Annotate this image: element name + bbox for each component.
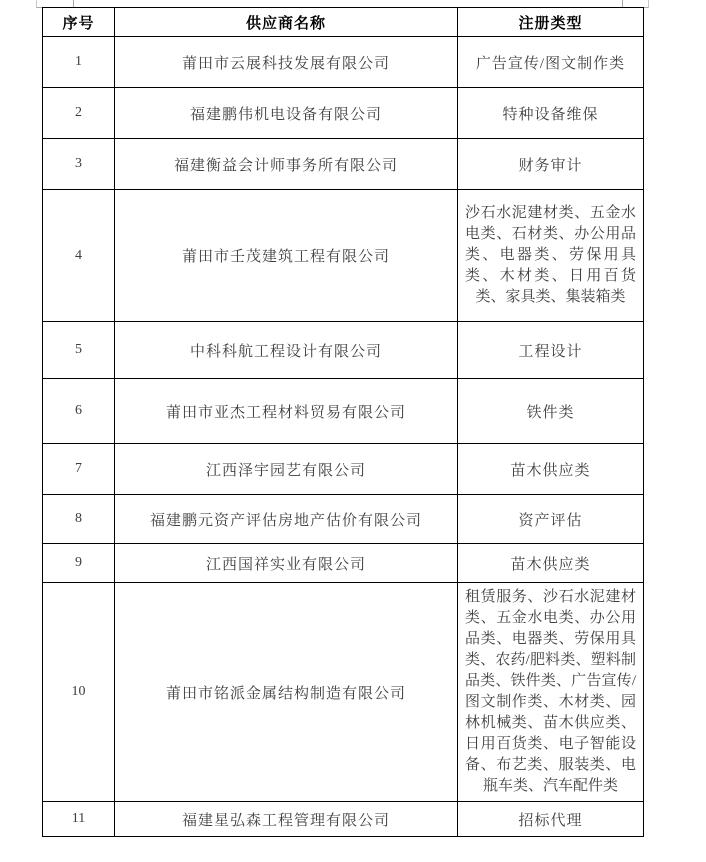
supplier-cell: 福建星弘森工程管理有限公司: [115, 802, 458, 837]
supplier-cell: 福建鹏伟机电设备有限公司: [115, 88, 458, 139]
table-row: 4 莆田市壬茂建筑工程有限公司 沙石水泥建材类、五金水电类、石材类、办公用品类、…: [43, 190, 644, 322]
document-page: { "colors": { "table_border": "#000000",…: [0, 0, 706, 862]
type-cell: 沙石水泥建材类、五金水电类、石材类、办公用品类、电器类、劳保用具类、木材类、日用…: [458, 190, 644, 322]
supplier-cell: 莆田市壬茂建筑工程有限公司: [115, 190, 458, 322]
supplier-table: 序号 供应商名称 注册类型 1 莆田市云展科技发展有限公司 广告宣传/图文制作类…: [42, 7, 644, 837]
type-cell: 工程设计: [458, 322, 644, 379]
index-cell: 9: [43, 544, 115, 583]
type-cell: 广告宣传/图文制作类: [458, 37, 644, 88]
type-cell: 苗木供应类: [458, 544, 644, 583]
col-header-type: 注册类型: [458, 8, 644, 37]
type-cell: 招标代理: [458, 802, 644, 837]
table-row: 11 福建星弘森工程管理有限公司 招标代理: [43, 802, 644, 837]
type-cell: 租赁服务、沙石水泥建材类、五金水电类、办公用品类、电器类、劳保用具类、农药/肥料…: [458, 583, 644, 802]
table-row: 8 福建鹏元资产评估房地产估价有限公司 资产评估: [43, 495, 644, 544]
index-cell: 7: [43, 444, 115, 495]
table-row: 1 莆田市云展科技发展有限公司 广告宣传/图文制作类: [43, 37, 644, 88]
type-cell: 铁件类: [458, 379, 644, 444]
table-row: 5 中科科航工程设计有限公司 工程设计: [43, 322, 644, 379]
index-cell: 10: [43, 583, 115, 802]
col-header-supplier: 供应商名称: [115, 8, 458, 37]
table-row: 7 江西泽宇园艺有限公司 苗木供应类: [43, 444, 644, 495]
table-row: 6 莆田市亚杰工程材料贸易有限公司 铁件类: [43, 379, 644, 444]
index-cell: 3: [43, 139, 115, 190]
table-row: 10 莆田市铭派金属结构制造有限公司 租赁服务、沙石水泥建材类、五金水电类、办公…: [43, 583, 644, 802]
table-row: 3 福建衡益会计师事务所有限公司 财务审计: [43, 139, 644, 190]
index-cell: 2: [43, 88, 115, 139]
index-cell: 11: [43, 802, 115, 837]
supplier-cell: 莆田市云展科技发展有限公司: [115, 37, 458, 88]
header-row: 序号 供应商名称 注册类型: [43, 8, 644, 37]
supplier-cell: 江西国祥实业有限公司: [115, 544, 458, 583]
supplier-cell: 莆田市亚杰工程材料贸易有限公司: [115, 379, 458, 444]
type-cell: 财务审计: [458, 139, 644, 190]
supplier-cell: 江西泽宇园艺有限公司: [115, 444, 458, 495]
supplier-cell: 中科科航工程设计有限公司: [115, 322, 458, 379]
index-cell: 1: [43, 37, 115, 88]
index-cell: 4: [43, 190, 115, 322]
supplier-cell: 福建衡益会计师事务所有限公司: [115, 139, 458, 190]
supplier-cell: 福建鹏元资产评估房地产估价有限公司: [115, 495, 458, 544]
type-cell: 资产评估: [458, 495, 644, 544]
type-cell: 特种设备维保: [458, 88, 644, 139]
supplier-cell: 莆田市铭派金属结构制造有限公司: [115, 583, 458, 802]
type-cell: 苗木供应类: [458, 444, 644, 495]
index-cell: 5: [43, 322, 115, 379]
index-cell: 6: [43, 379, 115, 444]
col-header-index: 序号: [43, 8, 115, 37]
table-row: 9 江西国祥实业有限公司 苗木供应类: [43, 544, 644, 583]
index-cell: 8: [43, 495, 115, 544]
table-row: 2 福建鹏伟机电设备有限公司 特种设备维保: [43, 88, 644, 139]
